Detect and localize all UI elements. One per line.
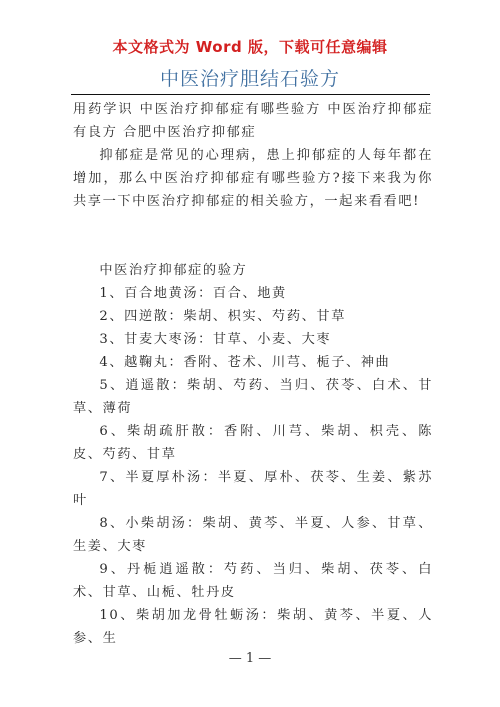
remedy-item: 9、丹栀逍遥散：芍药、当归、柴胡、茯苓、白术、甘草、山栀、牡丹皮 [73, 558, 433, 604]
remedy-item: 7、半夏厚朴汤：半夏、厚朴、茯苓、生姜、紫苏叶 [73, 466, 433, 512]
title-divider [71, 94, 430, 95]
document-title: 中医治疗胆结石验方 [0, 64, 500, 91]
remedy-item: 1、百合地黄汤：百合、地黄 [73, 282, 433, 305]
remedy-item: 2、四逆散：柴胡、枳实、芍药、甘草 [73, 305, 433, 328]
intro-paragraph: 抑郁症是常见的心理病，患上抑郁症的人每年都在增加，那么中医治疗抑郁症有哪些验方?… [73, 144, 433, 213]
page-number: — 1 — [0, 651, 500, 666]
section-heading: 中医治疗抑郁症的验方 [73, 259, 433, 282]
remedy-item: 5、逍遥散：柴胡、芍药、当归、茯苓、白术、甘草、薄荷 [73, 374, 433, 420]
word-format-banner: 本文格式为 Word 版，下载可任意编辑 [0, 36, 500, 57]
blank-spacer [73, 213, 433, 259]
remedy-item: 10、柴胡加龙骨牡蛎汤：柴胡、黄芩、半夏、人参、生 [73, 604, 433, 650]
remedy-item: 6、柴胡疏肝散：香附、川芎、柴胡、枳壳、陈皮、芍药、甘草 [73, 420, 433, 466]
remedy-item: 3、甘麦大枣汤：甘草、小麦、大枣 [73, 328, 433, 351]
intro-tags: 用药学识 中医治疗抑郁症有哪些验方 中医治疗抑郁症有良方 合肥中医治疗抑郁症 [73, 98, 433, 144]
remedy-item: 8、小柴胡汤：柴胡、黄芩、半夏、人参、甘草、生姜、大枣 [73, 512, 433, 558]
remedy-item: 4、越鞠丸：香附、苍术、川芎、栀子、神曲 [73, 351, 433, 374]
document-body: 用药学识 中医治疗抑郁症有哪些验方 中医治疗抑郁症有良方 合肥中医治疗抑郁症 抑… [73, 98, 433, 650]
